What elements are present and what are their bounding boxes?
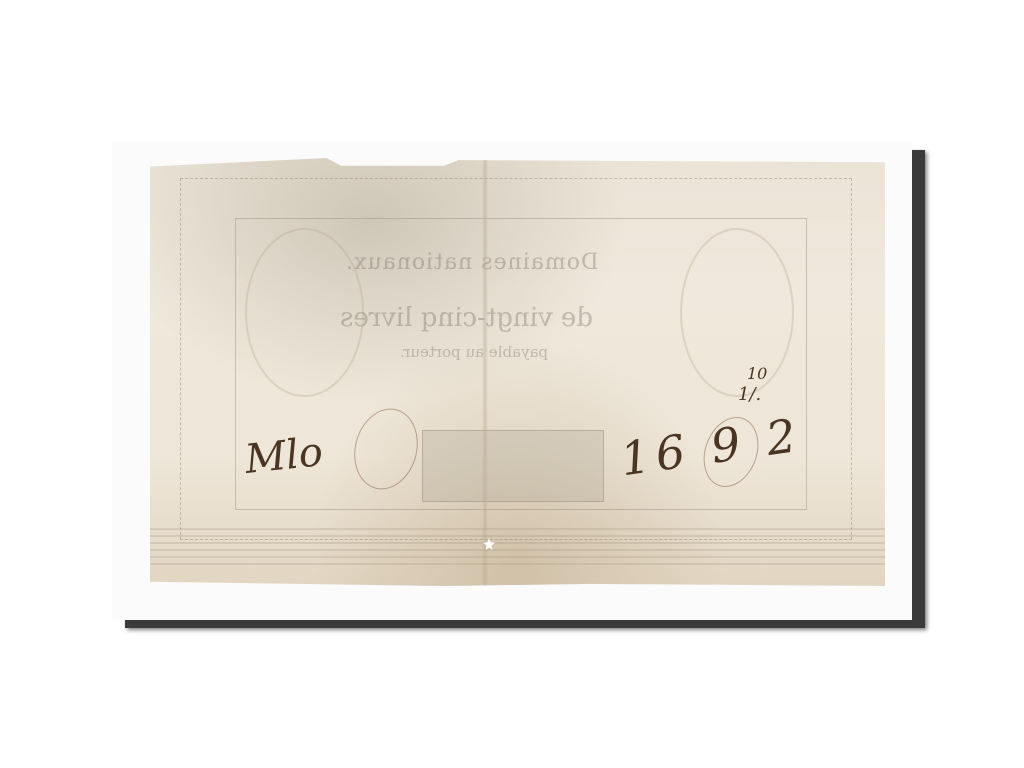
- banknote: Domaines nationaux. de vingt-cinq livres…: [150, 158, 885, 586]
- handwritten-number: 10: [747, 364, 767, 383]
- showthrough-line-3: payable au porteur.: [400, 343, 548, 361]
- handwritten-mark: 1/.: [738, 384, 761, 405]
- showthrough-line-2: de vingt-cinq livres: [340, 303, 593, 333]
- stamp-box: [422, 430, 604, 502]
- showthrough-line-1: Domaines nationaux.: [345, 250, 599, 275]
- signature-left: Mlo: [243, 429, 325, 483]
- watermark-oval-right: [680, 228, 794, 397]
- horizontal-creases: [150, 528, 885, 568]
- vertical-fold: [482, 158, 488, 586]
